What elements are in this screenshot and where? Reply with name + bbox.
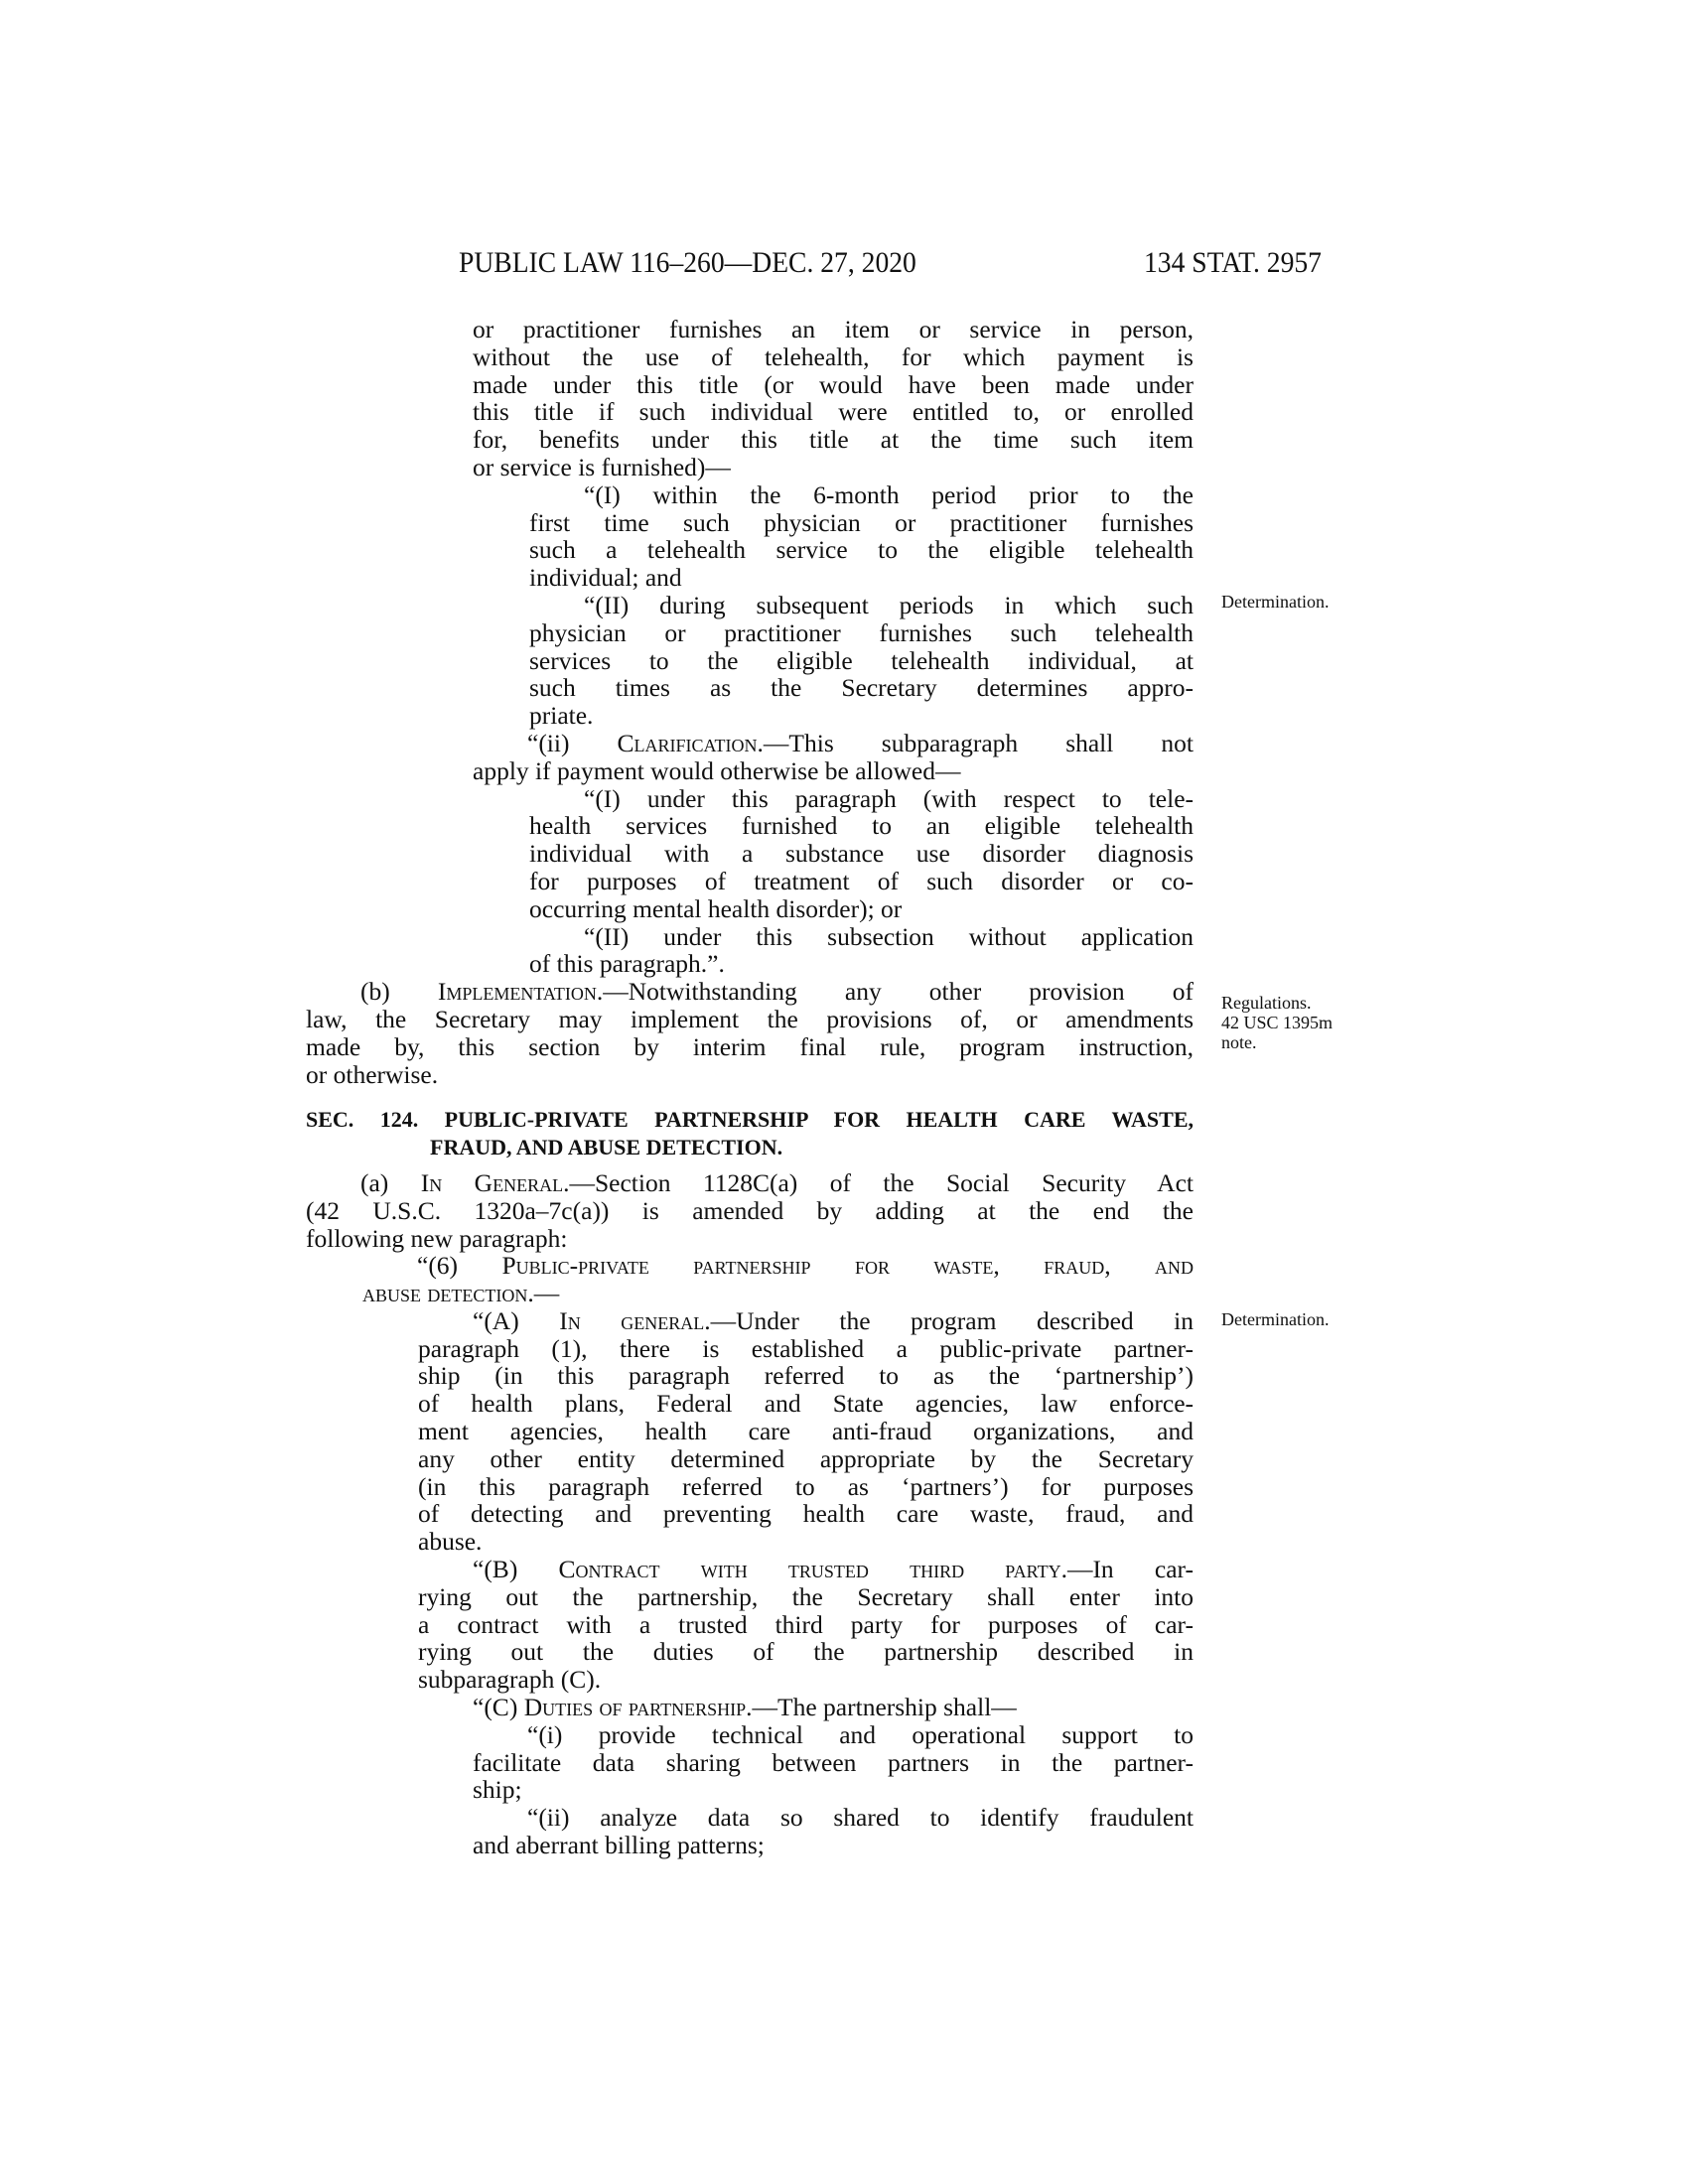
text-line: “(II) during subsequent periods in which… bbox=[529, 592, 1194, 619]
subclause-II: “(II) during subsequent periods in which… bbox=[529, 592, 1194, 730]
text-line: abuse detection.— bbox=[362, 1280, 1194, 1307]
clause-C-i: “(i) provide technical and operational s… bbox=[473, 1721, 1194, 1804]
text-line: paragraph (1), there is established a pu… bbox=[418, 1335, 1194, 1363]
subsection-text: .—Section 1128C(a) of the Social Securit… bbox=[563, 1168, 1194, 1197]
text-line: health services furnished to an eligible… bbox=[529, 812, 1194, 840]
subsection-heading: In General bbox=[421, 1168, 563, 1197]
subsection-text: .—Notwithstanding any other provision of bbox=[597, 977, 1194, 1006]
subparagraph-text: .—In car- bbox=[1061, 1555, 1194, 1583]
side-note-line: note. bbox=[1221, 1032, 1333, 1052]
text-line: facilitate data sharing between partners… bbox=[473, 1749, 1194, 1777]
subparagraph-heading: Contract with trusted third party bbox=[559, 1555, 1061, 1583]
side-note-regulations: Regulations. 42 USC 1395m note. bbox=[1221, 993, 1333, 1052]
subsection-label: (a) bbox=[360, 1168, 421, 1197]
text-line: first time such physician or practitione… bbox=[529, 509, 1194, 537]
text-line: individual; and bbox=[529, 564, 1194, 592]
continuation-paragraph: or practitioner furnishes an item or ser… bbox=[473, 316, 1194, 481]
page-citation: 134 STAT. 2957 bbox=[1144, 246, 1322, 280]
paragraph-heading: Public-private partnership for waste, fr… bbox=[501, 1251, 1194, 1280]
clause-C-ii: “(ii) analyze data so shared to identify… bbox=[473, 1804, 1194, 1859]
text-line: “(B) Contract with trusted third party.—… bbox=[418, 1556, 1194, 1583]
text-line: any other entity determined appropriate … bbox=[418, 1445, 1194, 1473]
section-title-line: FRAUD, AND ABUSE DETECTION. bbox=[430, 1134, 1194, 1161]
text-line: made by, this section by interim final r… bbox=[306, 1033, 1194, 1061]
subclause-II-b: “(II) under this subsection without appl… bbox=[529, 923, 1194, 979]
document-body: or practitioner furnishes an item or ser… bbox=[306, 316, 1194, 1859]
text-line: of detecting and preventing health care … bbox=[418, 1500, 1194, 1528]
text-line: priate. bbox=[529, 702, 1194, 730]
text-line: rying out the duties of the partnership … bbox=[418, 1638, 1194, 1666]
text-line: subparagraph (C). bbox=[418, 1666, 1194, 1694]
subclause-I: “(I) within the 6-month period prior to … bbox=[529, 481, 1194, 592]
side-note-line: Regulations. bbox=[1221, 993, 1333, 1013]
subparagraph-label: “(A) bbox=[473, 1306, 559, 1335]
side-note-determination: Determination. bbox=[1221, 592, 1329, 612]
clause-label: “(ii) bbox=[527, 729, 618, 757]
text-line: ment agencies, health care anti-fraud or… bbox=[418, 1418, 1194, 1445]
subsection-heading: Implementation bbox=[438, 977, 597, 1006]
subparagraph-B: “(B) Contract with trusted third party.—… bbox=[418, 1556, 1194, 1694]
text-line: of this paragraph.”. bbox=[529, 950, 1194, 978]
subparagraph-text: .—Under the program described in bbox=[704, 1306, 1194, 1335]
subparagraph-label: “(C) bbox=[473, 1693, 524, 1721]
text-line: “(I) under this paragraph (with respect … bbox=[529, 785, 1194, 813]
text-line: or practitioner furnishes an item or ser… bbox=[473, 316, 1194, 343]
text-line: and aberrant billing patterns; bbox=[473, 1832, 1194, 1859]
text-line: such a telehealth service to the eligibl… bbox=[529, 536, 1194, 564]
text-line: for, benefits under this title at the ti… bbox=[473, 426, 1194, 454]
text-line: “(A) In general.—Under the program descr… bbox=[418, 1307, 1194, 1335]
text-line: of health plans, Federal and State agenc… bbox=[418, 1390, 1194, 1418]
text-line: (b) Implementation.—Notwithstanding any … bbox=[306, 978, 1194, 1006]
subparagraph-heading: Duties of partnership bbox=[524, 1693, 746, 1721]
text-line: rying out the partnership, the Secretary… bbox=[418, 1583, 1194, 1611]
text-line: law, the Secretary may implement the pro… bbox=[306, 1006, 1194, 1033]
subparagraph-A: “(A) In general.—Under the program descr… bbox=[418, 1307, 1194, 1556]
side-note-line: 42 USC 1395m bbox=[1221, 1013, 1333, 1032]
text-line: “(ii) analyze data so shared to identify… bbox=[473, 1804, 1194, 1832]
section-title-line: SEC. 124. PUBLIC-PRIVATE PARTNERSHIP FOR… bbox=[306, 1106, 1194, 1134]
clause-text: .—This subparagraph shall not bbox=[758, 729, 1194, 757]
text-line: for purposes of treatment of such disord… bbox=[529, 868, 1194, 895]
clause-heading: Clarification bbox=[618, 729, 758, 757]
text-line: “(ii) Clarification.—This subparagraph s… bbox=[473, 730, 1194, 757]
text-line: abuse. bbox=[418, 1528, 1194, 1556]
text-line: this title if such individual were entit… bbox=[473, 398, 1194, 426]
text-line: such times as the Secretary determines a… bbox=[529, 674, 1194, 702]
text-line: individual with a substance use disorder… bbox=[529, 840, 1194, 868]
subsection-a-in-general: (a) In General.—Section 1128C(a) of the … bbox=[306, 1169, 1194, 1252]
dash: .— bbox=[527, 1279, 559, 1307]
paragraph-label: “(6) bbox=[417, 1251, 501, 1280]
text-line: “(6) Public-private partnership for wast… bbox=[362, 1252, 1194, 1280]
text-line: occurring mental health disorder); or bbox=[529, 895, 1194, 923]
text-line: or otherwise. bbox=[306, 1061, 1194, 1089]
text-line: following new paragraph: bbox=[306, 1225, 1194, 1253]
subparagraph-text: .—The partnership shall— bbox=[746, 1693, 1017, 1721]
paragraph-heading: abuse detection bbox=[362, 1279, 527, 1307]
clause-ii-clarification: “(ii) Clarification.—This subparagraph s… bbox=[473, 730, 1194, 785]
text-line: “(II) under this subsection without appl… bbox=[529, 923, 1194, 951]
text-line: ship (in this paragraph referred to as t… bbox=[418, 1362, 1194, 1390]
side-note-determination-2: Determination. bbox=[1221, 1309, 1329, 1329]
subsection-label: (b) bbox=[360, 977, 438, 1006]
text-line: services to the eligible telehealth indi… bbox=[529, 647, 1194, 675]
text-line: “(i) provide technical and operational s… bbox=[473, 1721, 1194, 1749]
subparagraph-label: “(B) bbox=[473, 1555, 559, 1583]
text-line: apply if payment would otherwise be allo… bbox=[473, 757, 1194, 785]
section-heading: SEC. 124. PUBLIC-PRIVATE PARTNERSHIP FOR… bbox=[306, 1106, 1194, 1161]
text-line: physician or practitioner furnishes such… bbox=[529, 619, 1194, 647]
running-header-title: PUBLIC LAW 116–260—DEC. 27, 2020 bbox=[459, 246, 916, 280]
text-line: made under this title (or would have bee… bbox=[473, 371, 1194, 399]
text-line: “(C) Duties of partnership.—The partners… bbox=[418, 1694, 1194, 1721]
text-line: or service is furnished)— bbox=[473, 454, 1194, 481]
text-line: ship; bbox=[473, 1776, 1194, 1804]
text-line: (a) In General.—Section 1128C(a) of the … bbox=[306, 1169, 1194, 1197]
subparagraph-heading: In general bbox=[559, 1306, 704, 1335]
text-line: (42 U.S.C. 1320a–7c(a)) is amended by ad… bbox=[306, 1197, 1194, 1225]
text-line: “(I) within the 6-month period prior to … bbox=[529, 481, 1194, 509]
text-line: a contract with a trusted third party fo… bbox=[418, 1611, 1194, 1639]
subsection-b-implementation: (b) Implementation.—Notwithstanding any … bbox=[306, 978, 1194, 1088]
subparagraph-C: “(C) Duties of partnership.—The partners… bbox=[418, 1694, 1194, 1721]
text-line: without the use of telehealth, for which… bbox=[473, 343, 1194, 371]
text-line: (in this paragraph referred to as ‘partn… bbox=[418, 1473, 1194, 1501]
paragraph-6: “(6) Public-private partnership for wast… bbox=[362, 1252, 1194, 1307]
subclause-I-b: “(I) under this paragraph (with respect … bbox=[529, 785, 1194, 923]
